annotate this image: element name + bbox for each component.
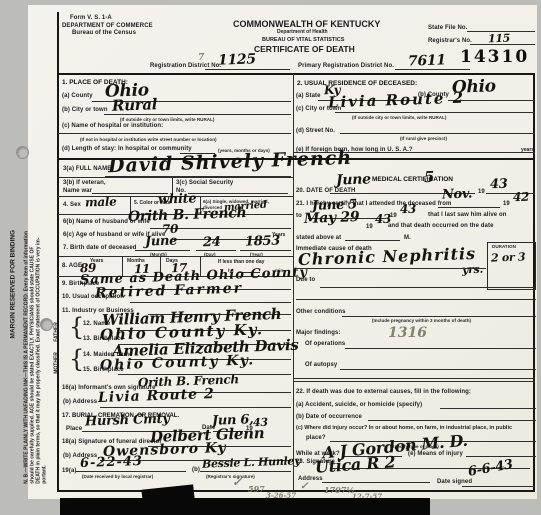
department-of-health: Department of Health	[277, 30, 328, 36]
pencil-check-1: ✓	[232, 476, 242, 490]
other-conditions-line	[342, 316, 536, 317]
death-certificate-scan: MARGIN RESERVED FOR BINDING N. B.—WRITE …	[0, 0, 541, 515]
primary-district-label: Primary Registration District No.	[298, 63, 394, 70]
received-date-line	[76, 471, 186, 472]
residence-city-line	[335, 112, 535, 113]
ssn-line	[188, 193, 288, 194]
mother-side-label: MOTHER	[54, 344, 60, 374]
stated-above-label: stated above at	[296, 235, 341, 242]
last-saw-value: May 29	[304, 209, 360, 227]
due-to-line-1	[320, 287, 536, 288]
accident-line	[440, 408, 536, 409]
meridiem-label: M.	[404, 235, 411, 242]
operations-pencil-value: 1316	[388, 325, 427, 341]
registration-district-line	[205, 69, 290, 70]
father-brace: {	[69, 314, 84, 342]
duration-label: DURATION	[492, 244, 516, 249]
veteran-label: 3(b) If veteran,	[63, 180, 106, 187]
hospital-line	[58, 133, 291, 134]
received-date-value: 6-22-43	[80, 455, 144, 472]
birth-month-value: June	[145, 234, 178, 250]
medical-certification-title: MEDICAL CERTIFICATION	[372, 176, 453, 183]
pencil-number-1: 597	[248, 485, 265, 494]
street-no-label: (d) Street No.	[296, 128, 335, 135]
accident-label: (a) Accident, suicide, or homicide (spec…	[296, 402, 422, 409]
registrar-no-value: 115	[488, 33, 510, 46]
operations-label: Of operations	[305, 341, 345, 348]
residence-state-label: (a) State	[296, 93, 321, 100]
burial-place-label: Place	[66, 426, 82, 433]
registration-district-value: 1125	[218, 51, 256, 68]
sex-value: male	[85, 195, 117, 210]
from-year-value: 42	[513, 191, 530, 205]
double-rule-1	[294, 378, 535, 379]
injury-place-label: place?	[306, 435, 326, 442]
occupation-line	[130, 302, 291, 303]
due-to-line-2	[296, 299, 536, 300]
occurrence-date-label: (b) Date of occurrence	[296, 414, 362, 421]
ssn-label: 3(c) Social Security	[176, 180, 233, 187]
other-conditions-label: Other conditions	[296, 309, 346, 316]
other-conditions-note: (Include pregnancy within 3 months of de…	[372, 318, 471, 323]
birth-year-line	[240, 250, 291, 251]
state-file-no-label: State File No.	[428, 25, 467, 32]
row-line-7	[58, 256, 293, 257]
length-of-stay-label: (d) Length of stay: In hospital or commu…	[62, 146, 192, 153]
date-signed-line	[462, 486, 535, 487]
margin-binding-note: MARGIN RESERVED FOR BINDING	[10, 133, 17, 338]
sex-label: 4. Sex	[63, 202, 81, 209]
cause-line-1	[296, 268, 486, 269]
bureau-of-census: Bureau of the Census	[72, 30, 136, 37]
duration-value: 2 or 3	[491, 251, 526, 265]
birth-year-value: 1853	[245, 234, 280, 250]
primary-district-value: 7611	[408, 52, 446, 69]
birth-month-line	[135, 250, 190, 251]
row-line-3a	[58, 177, 293, 178]
registrar-sig-line	[200, 471, 291, 472]
residence-title: 2. USUAL RESIDENCE OF DECEASED:	[297, 80, 417, 87]
veteran-war-label: Name war	[63, 188, 92, 195]
occurrence-date-line	[368, 420, 536, 421]
autopsy-label: Of autopsy	[305, 362, 337, 369]
hospital-label: (c) Name of hospital or institution:	[62, 123, 163, 130]
death-occurred-label: and that death occurred on the date	[388, 223, 494, 230]
foreign-born-years-label: years	[521, 148, 534, 154]
from-year-prefix: 19	[503, 201, 510, 208]
stated-above-line	[345, 240, 400, 241]
death-day-value: 5	[424, 169, 435, 187]
primary-district-line	[395, 69, 470, 70]
foreign-born-line	[408, 152, 518, 153]
form-top-border	[57, 73, 535, 75]
pencil-number-2: 1707½	[324, 486, 355, 495]
certificate-stamp-number: 14310	[460, 48, 529, 68]
date-signed-label: Date signed	[437, 479, 472, 486]
father-side-label: FATHER	[54, 312, 60, 342]
due-to-label: Due to	[296, 277, 315, 284]
death-city-line	[104, 114, 291, 115]
autopsy-line	[340, 369, 536, 370]
hospital-note: (If not in hospital or institution write…	[80, 137, 217, 142]
registrar-sig-label: (b)	[192, 467, 200, 474]
pencil-check-2: ✓	[300, 481, 308, 493]
major-findings-label: Major findings:	[296, 330, 341, 337]
header-pencil-mark: 7	[198, 53, 204, 63]
birth-date-label: 7. Birth date of deceased	[63, 245, 137, 252]
physician-address-line	[322, 482, 430, 483]
form-left-border	[57, 12, 59, 492]
double-rule-2	[294, 381, 535, 382]
informant-address-line	[100, 407, 291, 408]
attended-from-value: Nov.	[442, 187, 473, 203]
street-no-note: (If rural give precinct)	[400, 136, 447, 141]
punch-hole-bottom	[40, 318, 53, 331]
external-causes-title: 22. If death was due to external causes,…	[296, 389, 471, 396]
margin-note-line4: portant.	[42, 44, 48, 484]
death-city-label: (b) City or town	[62, 107, 108, 114]
means-of-injury-line	[466, 456, 536, 457]
street-no-line	[340, 133, 535, 134]
received-label: 19(a)	[62, 468, 77, 475]
to-label: to	[296, 213, 302, 220]
birth-day-line	[196, 250, 236, 251]
registrar-no-label: Registrar's No.	[428, 38, 472, 45]
operations-line	[345, 348, 536, 349]
residence-city-note: (If outside city or town limits, write R…	[352, 115, 446, 120]
punch-hole-top	[16, 146, 29, 159]
birth-day-value: 24	[203, 236, 221, 252]
death-city-note: (If outside city or town limits, write R…	[120, 117, 214, 122]
scan-edge-bar	[60, 498, 430, 515]
column-divider	[293, 74, 294, 490]
form-number: Form V. S. 1-A	[70, 15, 112, 22]
bureau-of-vital-statistics: BUREAU OF VITAL STATISTICS	[262, 37, 344, 43]
last-saw-label: that I last saw him alive on	[428, 212, 507, 219]
death-county-label: (a) County	[62, 93, 93, 100]
death-month-value: June	[336, 171, 371, 188]
department-of-commerce: DEPARTMENT OF COMMERCE	[62, 23, 153, 30]
informant-address-label: (b) Address	[63, 399, 97, 406]
full-name-label: 3(a) FULL NAME	[63, 166, 111, 173]
registrar-sig-note: (Registrar's signature)	[206, 474, 255, 479]
injury-where-label: (c) Where did injury occur? In or about …	[296, 425, 512, 431]
saw-year-prefix: 19	[366, 224, 373, 231]
certificate-title: CERTIFICATE OF DEATH	[254, 45, 355, 55]
duration-units-value: yrs.	[462, 264, 483, 277]
mother-brace: {	[69, 346, 84, 374]
death-year-value: 43	[490, 178, 508, 194]
received-date-note: (Date received by local registrar)	[82, 474, 153, 479]
death-city-value: Rural	[112, 96, 158, 115]
attended-from-line	[438, 207, 500, 208]
commonwealth-title: COMMONWEALTH OF KENTUCKY	[233, 19, 380, 29]
age-less-than-day-label: If less than one day	[218, 260, 264, 266]
death-year-prefix: 19	[478, 189, 485, 196]
to-year-value: 43	[400, 203, 417, 217]
veteran-line	[92, 193, 168, 194]
margin-note-line3: DEATH in plain terms, so that it may be …	[36, 44, 42, 484]
